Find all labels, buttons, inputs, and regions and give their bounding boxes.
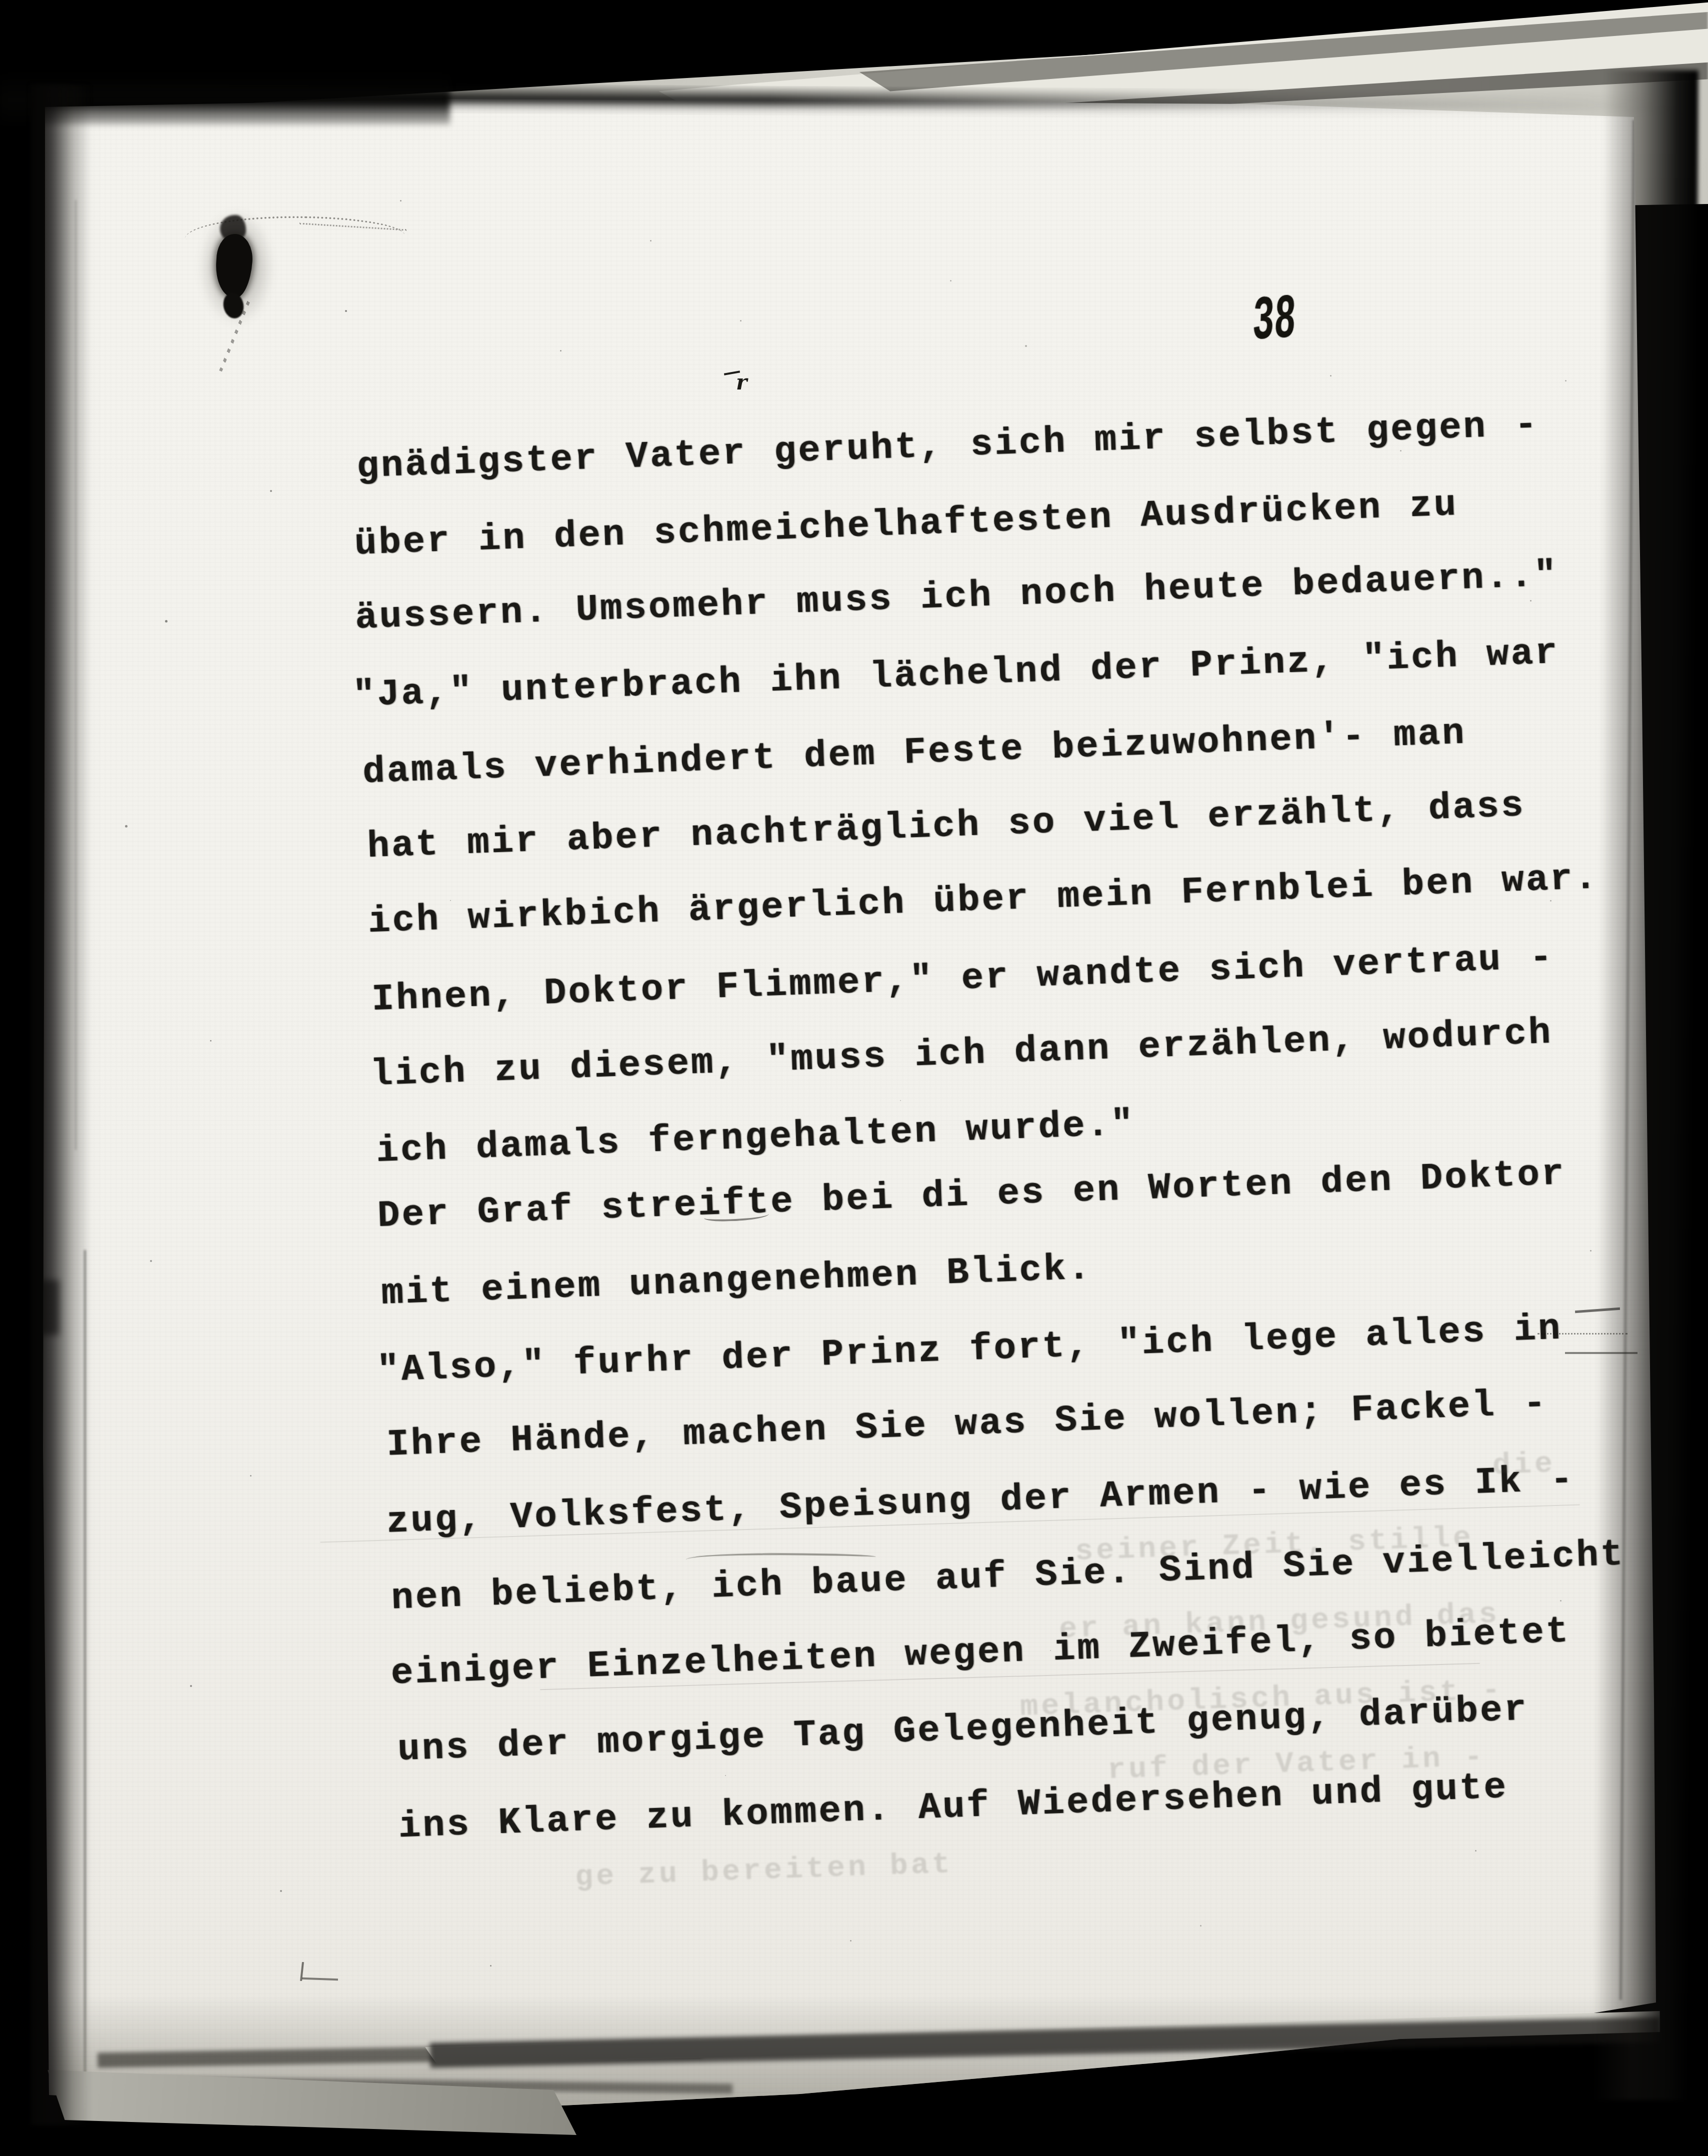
- dust-speck: [1475, 1850, 1476, 1851]
- dust-speck: [1330, 375, 1331, 376]
- dust-speck: [490, 1965, 491, 1966]
- stray-mark: r: [736, 370, 747, 394]
- text-line: lich zu diesem, "muss ich dann erzählen,…: [370, 1012, 1553, 1096]
- dust-speck: [1550, 900, 1551, 901]
- dust-speck: [450, 900, 451, 901]
- dust-speck: [850, 1940, 851, 1941]
- document-page: r 38 gnädigster Vater geruht, sich mir s…: [0, 0, 1708, 2156]
- dust-speck: [900, 1100, 901, 1101]
- page-number: 38: [1251, 285, 1297, 358]
- dust-speck: [1530, 600, 1531, 601]
- text-line: ich damals ferngehalten wurde.": [375, 1103, 1136, 1172]
- dust-speck: [165, 620, 167, 622]
- dust-speck: [1400, 450, 1401, 451]
- dust-speck: [1565, 380, 1566, 381]
- dust-speck: [210, 1040, 211, 1041]
- dust-speck: [1560, 1600, 1561, 1601]
- dust-speck: [650, 240, 651, 241]
- text-line: über in den schmeichelhaftesten Ausdrück…: [354, 484, 1459, 565]
- text-line: Ihre Hände, machen Sie was Sie wollen; F…: [386, 1383, 1548, 1466]
- text-line: Ihnen, Doktor Flimmer," er wandte sich v…: [371, 937, 1554, 1021]
- text-line: "Also," furhr der Prinz fort, "ich lege …: [376, 1308, 1563, 1392]
- dust-speck: [725, 1775, 726, 1776]
- dust-speck: [1590, 1250, 1591, 1251]
- dust-speck: [1200, 1925, 1201, 1926]
- dust-speck: [1025, 345, 1027, 347]
- typewritten-text-block: gnädigster Vater geruht, sich mir selbst…: [351, 402, 1642, 1895]
- text-line: "Ja," unterbrach ihn lächelnd der Prinz,…: [352, 632, 1559, 717]
- left-edge-shadow: [31, 85, 91, 2125]
- text-line: damals verhindert dem Feste beizuwohnen'…: [362, 712, 1467, 794]
- text-line: mit einem unangenehmen Blick.: [380, 1247, 1092, 1315]
- dust-speck: [400, 200, 401, 201]
- text-line: ich wirkbich ärgerlich über mein Fernble…: [367, 857, 1599, 943]
- dust-speck: [280, 1890, 282, 1892]
- dust-speck: [1050, 1650, 1051, 1651]
- dust-speck: [190, 1685, 192, 1687]
- scan-root: r 38 gnädigster Vater geruht, sich mir s…: [0, 0, 1708, 2156]
- pencil-corner-mark-h: [302, 1977, 338, 1981]
- right-edge-shadow: [1592, 70, 1698, 2100]
- text-line: gnädigster Vater geruht, sich mir selbst…: [356, 404, 1539, 488]
- text-line: äussern. Umsomehr muss ich noch heute be…: [354, 554, 1559, 639]
- dust-speck: [1125, 750, 1126, 751]
- dust-speck: [740, 320, 741, 321]
- dust-speck: [1300, 1350, 1301, 1351]
- dust-speck: [125, 825, 127, 827]
- dust-speck: [270, 490, 272, 492]
- dust-speck: [560, 350, 561, 351]
- ghost-line: die: [1492, 1447, 1556, 1483]
- dust-speck: [950, 280, 951, 281]
- dust-speck: [250, 1475, 251, 1476]
- dust-speck: [345, 310, 347, 312]
- text-line: hat mir aber nachträglich so viel erzähl…: [366, 784, 1526, 868]
- dust-speck: [150, 1260, 152, 1262]
